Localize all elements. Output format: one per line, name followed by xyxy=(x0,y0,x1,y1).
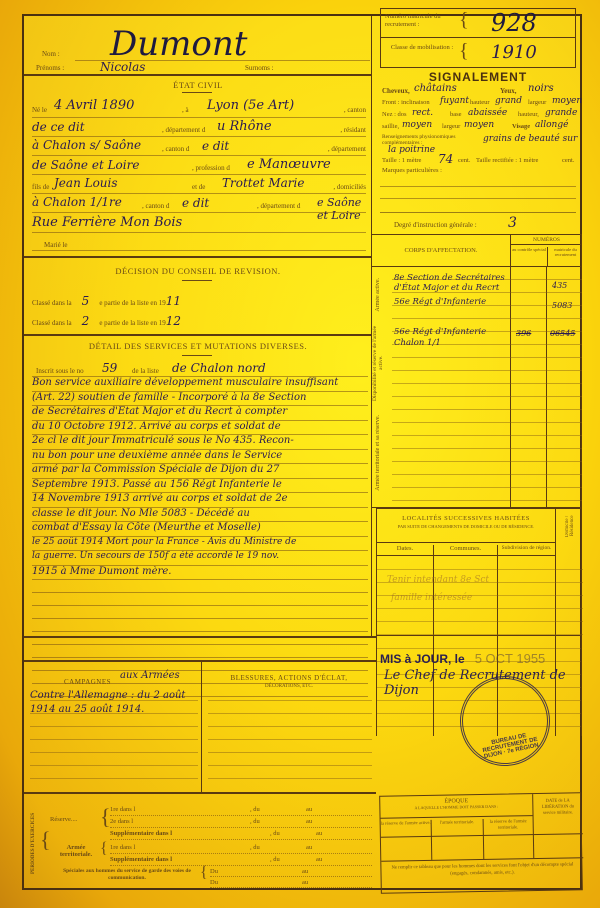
faded-note: famille intéressée xyxy=(391,593,472,603)
birth-department: u Rhône xyxy=(217,119,272,134)
mother-name: Trottet Marie xyxy=(222,176,304,190)
mis-a-jour-label: MIS à JOUR, le xyxy=(380,652,465,666)
birth-date: 4 Avril 1890 xyxy=(54,98,134,113)
matricule-box: Numéro matricule du recrutement : { 928 xyxy=(380,8,576,38)
inscrit-liste: de Chalon nord xyxy=(172,361,266,375)
nom-label: Nom : xyxy=(42,50,60,58)
left-column: Nom : Dumont Prénoms : Nicolas Surnoms :… xyxy=(24,16,372,636)
conseil-year-1: 11 xyxy=(166,294,181,308)
instruction-level: 3 xyxy=(508,215,517,231)
corps-entry: 56e Régt d'Infanterie Chalon 1/1 xyxy=(394,327,506,349)
periodes-exercices: PÉRIODES D'EXERCICES { Réserve.... { 1re… xyxy=(24,794,376,890)
face-shape: allongé xyxy=(535,120,568,130)
surnoms-label: Surnoms : xyxy=(245,64,274,72)
conseil-year-2: 12 xyxy=(166,314,181,328)
mis-a-jour-date: 5 OCT 1955 xyxy=(475,651,546,666)
campagnes-blessures: CAMPAGNES aux Armées Contre l'Allemagne … xyxy=(24,662,376,792)
corps-table: CORPS D'AFFECTATION. NUMÉROS au contrôle… xyxy=(372,234,582,508)
corps-controle: 396 xyxy=(516,329,531,338)
father-name: Jean Louis xyxy=(54,176,118,190)
corps-matricule: 06545 xyxy=(550,329,575,338)
epoque-note: Ne remplir ce tableau que pour les homme… xyxy=(387,861,577,878)
armee-active-label: Armée active. xyxy=(375,278,381,312)
blessures-title: BLESSURES, ACTIONS D'ÉCLAT, xyxy=(202,674,376,682)
distinguishing-features: grains de beauté sur la poitrine xyxy=(388,134,578,156)
territoriale-label: Armée territoriale et sa réserve. xyxy=(375,415,381,491)
etat-civil-title: ÉTAT CIVIL xyxy=(24,80,372,90)
prenoms-label: Prénoms : xyxy=(36,64,64,72)
conseil-title: DÉCISION DU CONSEIL DE REVISION. xyxy=(24,266,372,276)
faded-note: Tenir intendant 8e Sct xyxy=(387,575,489,585)
corps-matricule: 435 xyxy=(552,281,567,290)
exercices-side-label: PÉRIODES D'EXERCICES xyxy=(31,813,36,874)
campagnes-title: CAMPAGNES xyxy=(64,678,111,686)
hair-color: châtains xyxy=(414,83,457,94)
conseil-partie-1: 5 xyxy=(76,294,96,308)
eye-color: noirs xyxy=(528,83,554,94)
instruction-row: Degré d'instruction générale : 3 xyxy=(380,212,576,234)
etat-civil-body: Né le 4 Avril 1890 , à Lyon (5e Art) , c… xyxy=(32,96,366,251)
localites-table: LOCALITÉS SUCCESSIVES HABITÉES PAR SUITE… xyxy=(376,508,582,636)
address: Rue Ferrière Mon Bois xyxy=(32,215,182,230)
residence: à Chalon s/ Saône xyxy=(32,138,141,152)
classe-box: Classe de mobilisation : { 1910 xyxy=(380,38,576,68)
services-title: DÉTAIL DES SERVICES ET MUTATIONS DIVERSE… xyxy=(24,341,372,351)
epoque-table: ÉPOQUE A LAQUELLE L'HOMME DOIT PASSER DA… xyxy=(379,792,583,894)
profession: e Manœuvre xyxy=(247,157,331,172)
campagnes-annotation: aux Armées xyxy=(120,670,180,681)
corps-entry: 8e Section de Secrétaires d'État Major e… xyxy=(394,273,506,293)
corps-matricule: 5083 xyxy=(552,301,572,310)
right-column: Numéro matricule du recrutement : { 928 … xyxy=(372,16,582,636)
nom-value: Dumont xyxy=(110,24,247,64)
birth-place: Lyon (5e Art) xyxy=(207,98,294,113)
localites-title: LOCALITÉS SUCCESSIVES HABITÉES xyxy=(377,509,555,522)
corps-title: CORPS D'AFFECTATION. xyxy=(372,247,510,254)
classe-year: 1910 xyxy=(491,42,537,63)
matricule-number: 928 xyxy=(491,9,537,37)
corps-entry: 56e Régt d'Infanterie xyxy=(394,297,506,307)
conseil-row: Classé dans la 2 e partie de la liste en… xyxy=(32,312,352,330)
disponibilite-label: Disponibilité et réserve de l'armée acti… xyxy=(372,323,384,403)
prenoms-value: Nicolas xyxy=(100,60,145,74)
military-register-form: Nom : Dumont Prénoms : Nicolas Surnoms :… xyxy=(22,14,582,890)
signalement-title: SIGNALEMENT xyxy=(380,70,576,84)
mis-a-jour: MIS à JOUR, le 5 OCT 1955 xyxy=(380,650,545,668)
height-value: 74 xyxy=(438,152,453,166)
conseil-partie-2: 2 xyxy=(76,314,96,328)
conseil-row: Classé dans la 5 e partie de la liste en… xyxy=(32,292,352,310)
services-text: Inscrit sous le no 59 de la liste de Cha… xyxy=(32,361,368,697)
signalement-block: SIGNALEMENT Cheveux, châtains Yeux, noir… xyxy=(380,70,576,199)
inscrit-number: 59 xyxy=(102,361,117,375)
name-block: Nom : Dumont Prénoms : Nicolas Surnoms : xyxy=(30,24,370,70)
